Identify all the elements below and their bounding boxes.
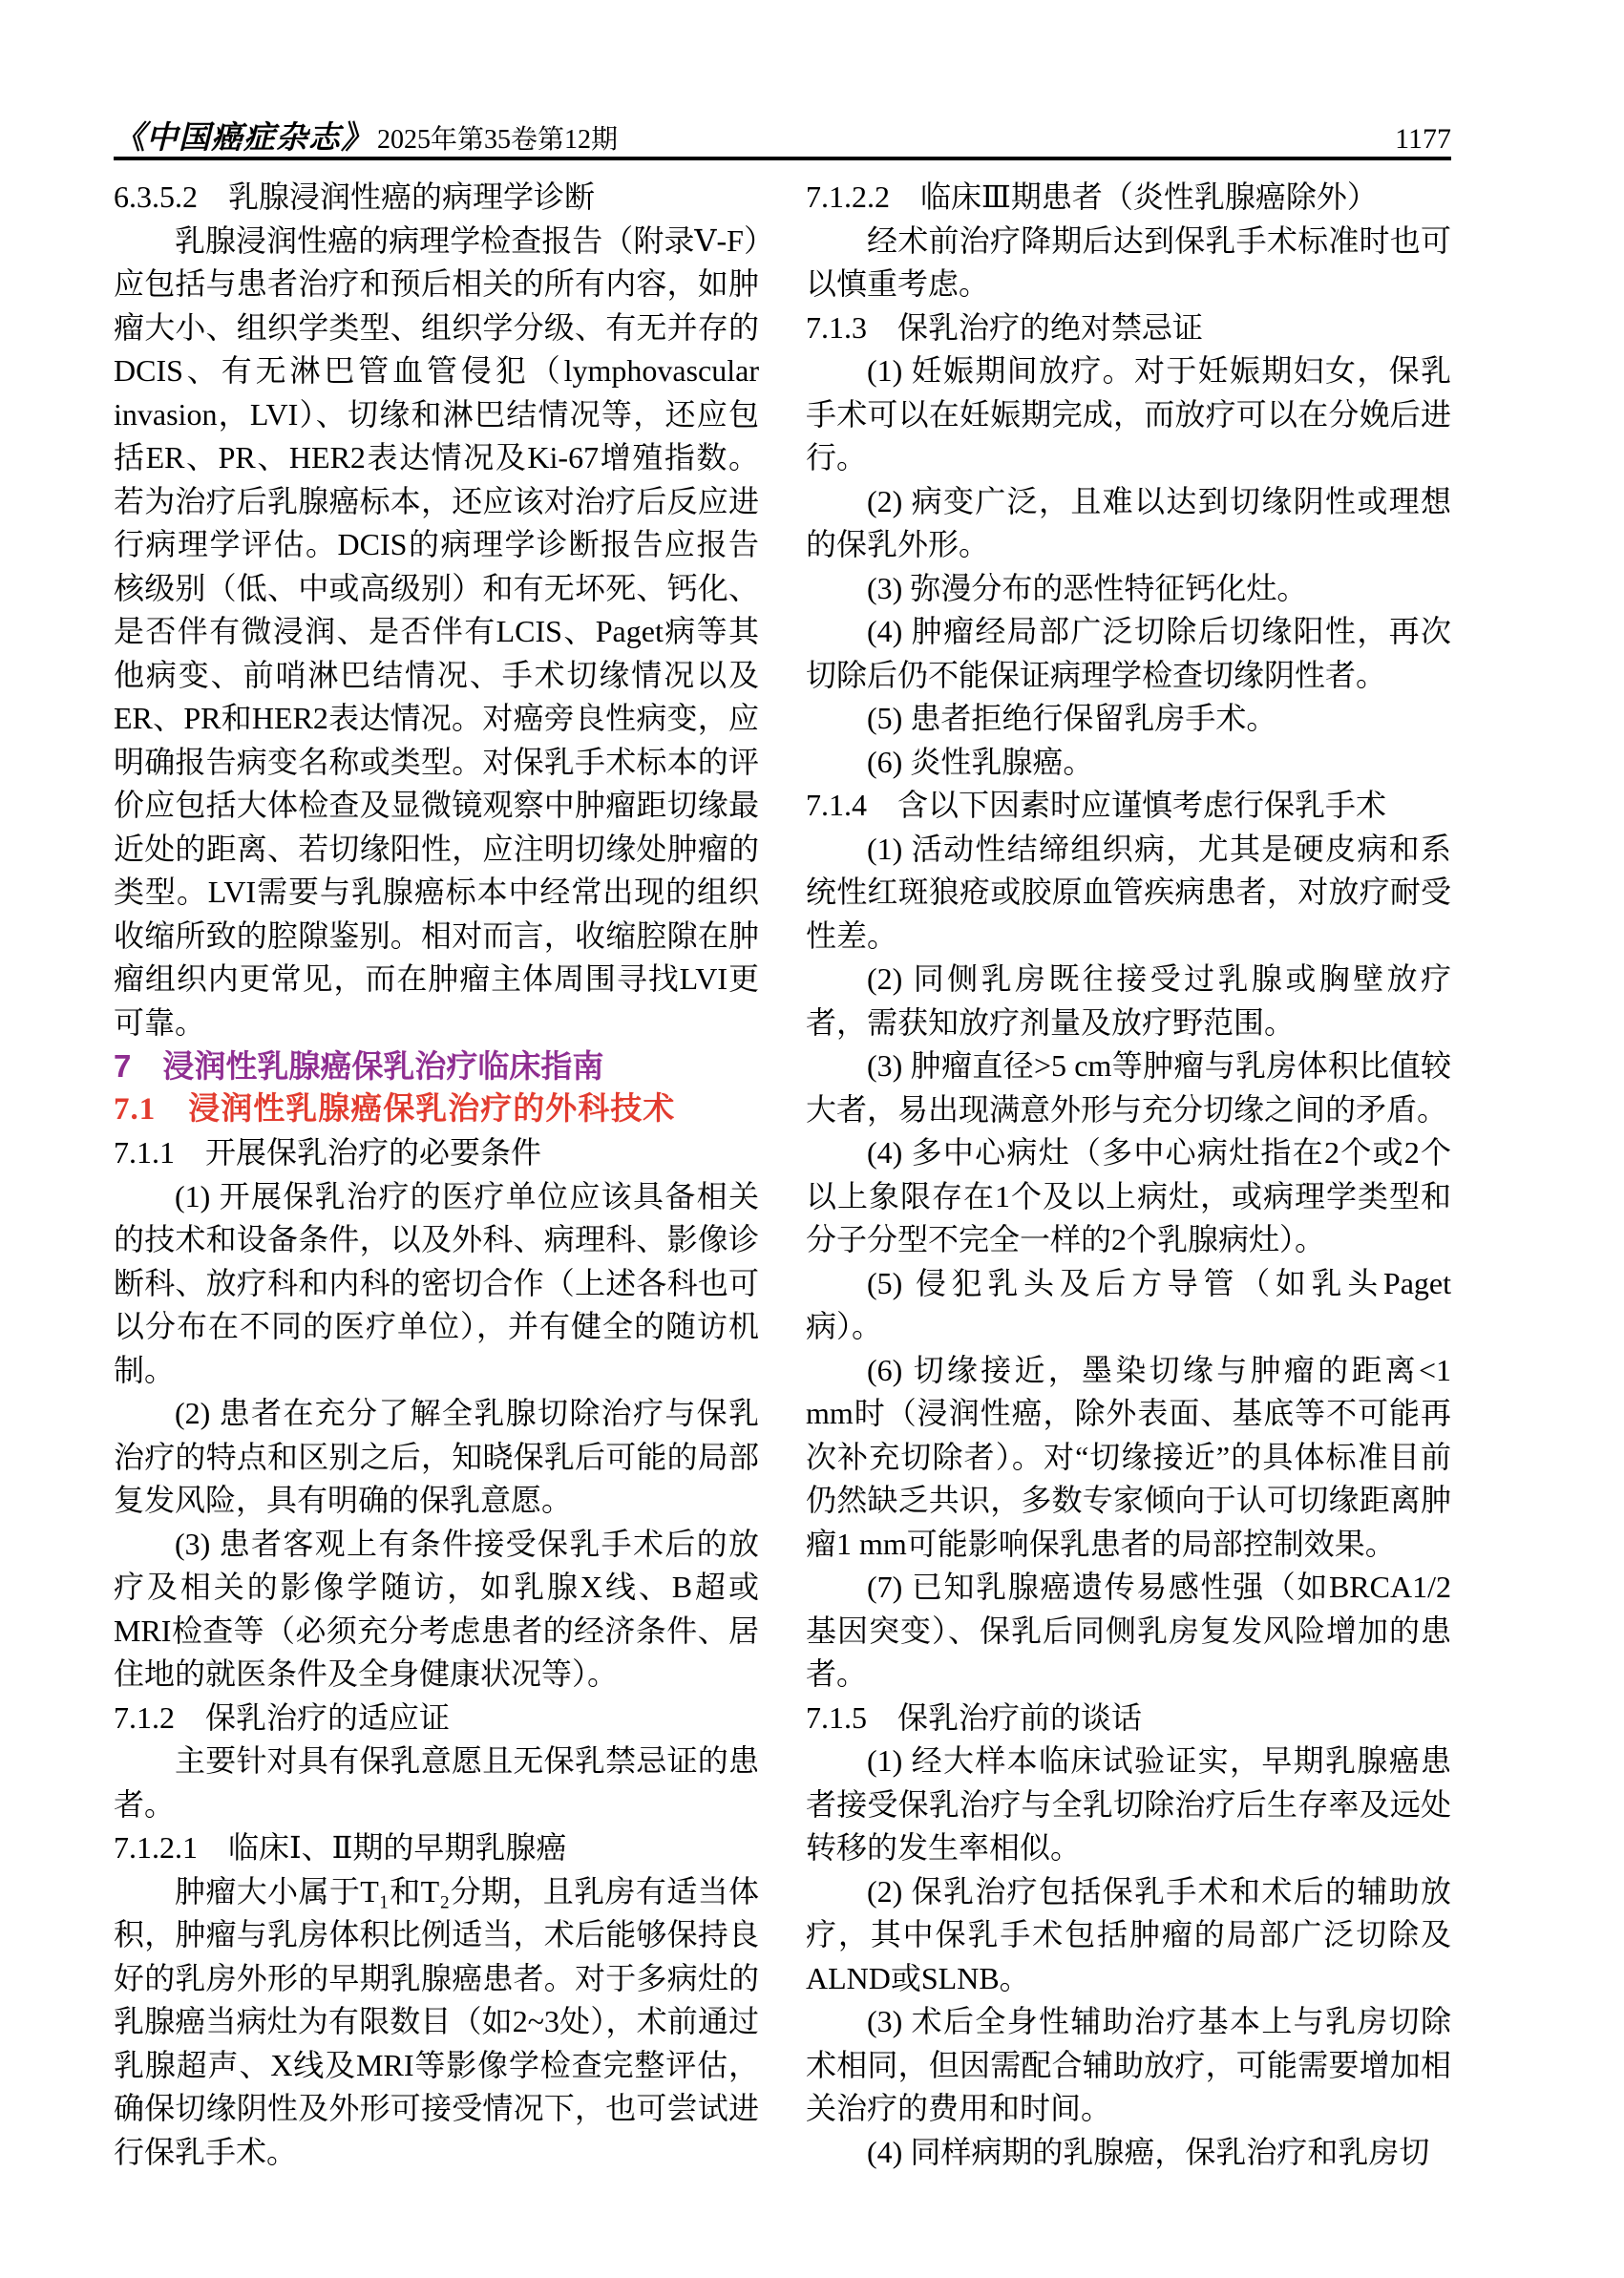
paragraph: (1) 经大样本临床试验证实，早期乳腺癌患者接受保乳治疗与全乳切除治疗后生存率及… bbox=[806, 1740, 1451, 1870]
paragraph: (6) 炎性乳腺癌。 bbox=[806, 741, 1451, 785]
paragraph: 肿瘤大小属于T₁和T₂分期，且乳房有适当体积，肿瘤与乳房体积比例适当，术后能够保… bbox=[114, 1870, 759, 2175]
right-column: 7.1.2.2 临床Ⅲ期患者（炎性乳腺癌除外）经术前治疗降期后达到保乳手术标准时… bbox=[806, 176, 1451, 2174]
paragraph: (2) 保乳治疗包括保乳手术和术后的辅助放疗，其中保乳手术包括肿瘤的局部广泛切除… bbox=[806, 1870, 1451, 2001]
chapter-heading: 7 浸润性乳腺癌保乳治疗临床指南 bbox=[114, 1044, 759, 1088]
paragraph: (5) 患者拒绝行保留乳房手术。 bbox=[806, 697, 1451, 741]
paragraph: (1) 妊娠期间放疗。对于妊娠期妇女，保乳手术可以在妊娠期完成，而放疗可以在分娩… bbox=[806, 349, 1451, 480]
paragraph: (2) 患者在充分了解全乳腺切除治疗与保乳治疗的特点和区别之后，知晓保乳后可能的… bbox=[114, 1392, 759, 1523]
paragraph: (4) 多中心病灶（多中心病灶指在2个或2个以上象限存在1个及以上病灶，或病理学… bbox=[806, 1131, 1451, 1262]
left-column: 6.3.5.2 乳腺浸润性癌的病理学诊断乳腺浸润性癌的病理学检查报告（附录Ⅴ-F… bbox=[114, 176, 759, 2174]
paragraph: 主要针对具有保乳意愿且无保乳禁忌证的患者。 bbox=[114, 1740, 759, 1826]
section-heading: 7.1 浸润性乳腺癌保乳治疗的外科技术 bbox=[114, 1088, 759, 1132]
page-header: 《中国癌症杂志》 2025年第35卷第12期 1177 bbox=[114, 113, 1451, 158]
paragraph: (3) 术后全身性辅助治疗基本上与乳房切除术相同，但因需配合辅助放疗，可能需要增… bbox=[806, 2000, 1451, 2131]
subsection-heading: 7.1.5 保乳治疗前的谈话 bbox=[806, 1697, 1451, 1740]
subsection-heading: 7.1.3 保乳治疗的绝对禁忌证 bbox=[806, 306, 1451, 350]
subsection-heading: 7.1.2 保乳治疗的适应证 bbox=[114, 1697, 759, 1740]
paragraph: (2) 同侧乳房既往接受过乳腺或胸壁放疗者，需获知放疗剂量及放疗野范围。 bbox=[806, 958, 1451, 1044]
header-journal-info: 《中国癌症杂志》 2025年第35卷第12期 bbox=[114, 113, 618, 158]
subsection-heading: 6.3.5.2 乳腺浸润性癌的病理学诊断 bbox=[114, 176, 759, 220]
subsection-heading: 7.1.1 开展保乳治疗的必要条件 bbox=[114, 1131, 759, 1175]
paragraph: (1) 活动性结缔组织病，尤其是硬皮病和系统性红斑狼疮或胶原血管疾病患者，对放疗… bbox=[806, 828, 1451, 959]
journal-title: 《中国癌症杂志》 bbox=[114, 113, 373, 158]
paragraph: 乳腺浸润性癌的病理学检查报告（附录Ⅴ-F）应包括与患者治疗和预后相关的所有内容，… bbox=[114, 220, 759, 1045]
paragraph: (7) 已知乳腺癌遗传易感性强（如BRCA1/2基因突变）、保乳后同侧乳房复发风… bbox=[806, 1566, 1451, 1697]
paragraph: (3) 患者客观上有条件接受保乳手术后的放疗及相关的影像学随访，如乳腺X线、B超… bbox=[114, 1523, 759, 1697]
subsection-heading: 7.1.4 含以下因素时应谨慎考虑行保乳手术 bbox=[806, 784, 1451, 828]
paragraph: (3) 肿瘤直径>5 cm等肿瘤与乳房体积比值较大者，易出现满意外形与充分切缘之… bbox=[806, 1044, 1451, 1131]
paragraph: 经术前治疗降期后达到保乳手术标准时也可以慎重考虑。 bbox=[806, 220, 1451, 306]
paragraph: (6) 切缘接近，墨染切缘与肿瘤的距离<1 mm时（浸润性癌，除外表面、基底等不… bbox=[806, 1349, 1451, 1567]
paragraph: (1) 开展保乳治疗的医疗单位应该具备相关的技术和设备条件，以及外科、病理科、影… bbox=[114, 1175, 759, 1393]
paragraph: (4) 同样病期的乳腺癌，保乳治疗和乳房切 bbox=[806, 2131, 1451, 2175]
paragraph: (2) 病变广泛，且难以达到切缘阴性或理想的保乳外形。 bbox=[806, 480, 1451, 567]
paragraph: (4) 肿瘤经局部广泛切除后切缘阳性，再次切除后仍不能保证病理学检查切缘阴性者。 bbox=[806, 610, 1451, 697]
paragraph: (3) 弥漫分布的恶性特征钙化灶。 bbox=[806, 567, 1451, 611]
issue-info: 2025年第35卷第12期 bbox=[377, 118, 618, 157]
subsection-heading: 7.1.2.1 临床Ⅰ、Ⅱ期的早期乳腺癌 bbox=[114, 1826, 759, 1870]
journal-page: 《中国癌症杂志》 2025年第35卷第12期 1177 6.3.5.2 乳腺浸润… bbox=[0, 0, 1624, 2278]
paragraph: (5) 侵犯乳头及后方导管（如乳头Paget病）。 bbox=[806, 1262, 1451, 1349]
subsection-heading: 7.1.2.2 临床Ⅲ期患者（炎性乳腺癌除外） bbox=[806, 176, 1451, 220]
page-number: 1177 bbox=[1395, 123, 1451, 156]
header-rule bbox=[114, 157, 1451, 160]
